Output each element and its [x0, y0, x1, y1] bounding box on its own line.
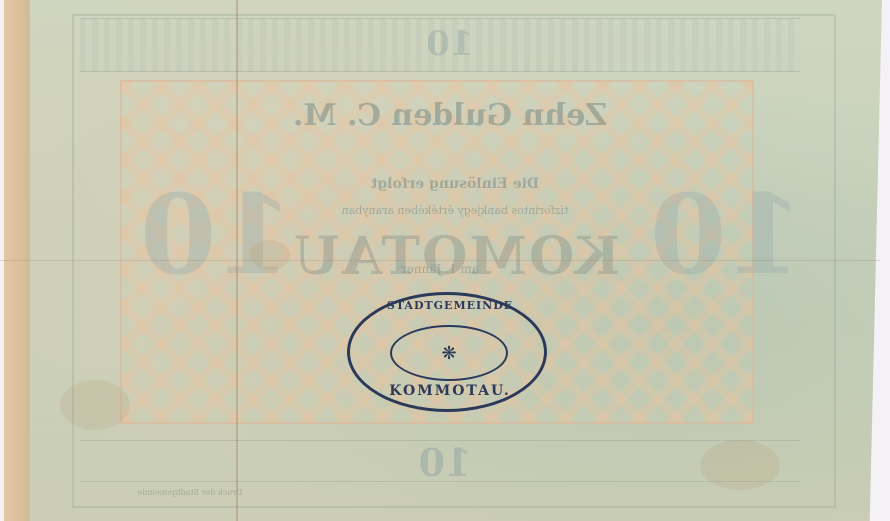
- show-through-line-1: Die Einlösung erfolgt: [260, 176, 650, 192]
- right-denomination: 10: [650, 170, 803, 299]
- horizontal-fold-crease: [0, 260, 880, 261]
- oval-ink-stamp: STADTGEMEINDE ❋ KOMMOTAU.: [347, 292, 547, 412]
- printer-imprint: Druck der Stadtgemeinde: [90, 488, 290, 497]
- show-through-line-3: am 1. Jänner: [300, 262, 580, 276]
- stamp-top-text: STADTGEMEINDE: [370, 299, 530, 312]
- show-through-line-2: tízforintos bankjegy értékében aranyban: [260, 204, 650, 217]
- stamp-bottom-text: KOMMOTAU.: [370, 383, 530, 399]
- top-denomination: 10: [410, 24, 490, 64]
- paper-stain: [700, 440, 780, 490]
- bottom-denomination: 10: [400, 440, 490, 485]
- show-through-town-name: KOMOTAU: [300, 226, 620, 287]
- show-through-headline: Zehn Gulden C. M.: [250, 98, 650, 133]
- stamp-inner-oval: ❋: [390, 325, 508, 381]
- paper-stain: [60, 380, 130, 430]
- paper-stain: [250, 240, 290, 270]
- stamp-ornament-icon: ❋: [441, 343, 456, 364]
